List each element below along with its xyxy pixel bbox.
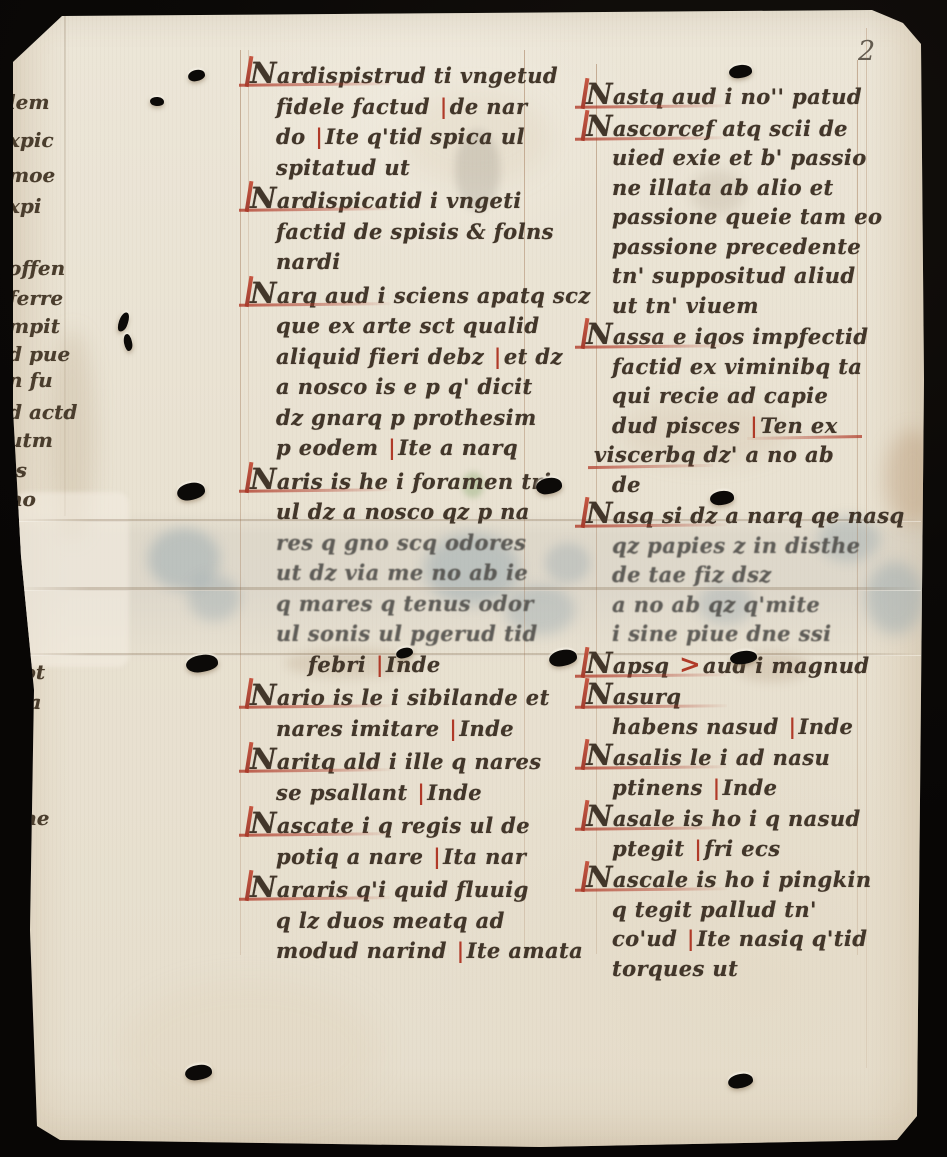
entry-text-line: de (612, 470, 886, 500)
entry-text-line: aliquid fieri debz |et dz (276, 342, 550, 373)
margin-text-fragment: a (8, 780, 21, 804)
entry-text-line: viscerbq dz' a no ab (594, 440, 886, 470)
rubric-mark: | (457, 938, 465, 963)
entry-text-line: uied exie et b' passio (612, 143, 886, 173)
parchment-hole (184, 1064, 212, 1082)
entry-text-line: i sine piue dne ssi (612, 619, 886, 649)
entry-text-line: modud narind |Ite amata (276, 936, 550, 967)
parchment-hole (727, 1072, 754, 1089)
margin-text-fragment: ime (8, 806, 49, 830)
rubric-mark: | (694, 836, 702, 861)
entry-text-line: ptinens |Inde (612, 773, 886, 803)
entry-text-line: a no ab qz q'mite (612, 590, 886, 620)
margin-text-fragment: sta (8, 690, 41, 714)
entry-text-line: potiq a nare |Ita nar (276, 842, 550, 873)
rubric-mark: | (417, 780, 425, 805)
entry-text-line: que ex arte sct qualid (276, 311, 550, 342)
entry-lemma-line: Nastq aud i no'' patud (586, 80, 886, 112)
parchment-hole (176, 481, 206, 502)
margin-text-fragment: d pue (8, 342, 70, 366)
parchment-hole (116, 311, 131, 333)
entry-lemma-line: Nasq si dz a narq qe nasq (586, 499, 886, 531)
margin-text-fragment: utm (8, 428, 53, 452)
stain (148, 528, 220, 590)
parchment-hole (548, 648, 578, 668)
margin-text-fragment: moe (8, 163, 55, 187)
entry-text-line: ne illata ab alio et (612, 173, 886, 203)
text-column-left: Nardispistrud ti vngetudfidele factud |d… (250, 58, 550, 967)
entry-lemma-line: Nasale is ho i q nasud (586, 802, 886, 834)
rubric-mark: | (494, 344, 502, 369)
margin-text-fragment: d actd (8, 400, 77, 424)
entry-lemma-line: Naritq ald i ille q nares (250, 744, 550, 778)
margin-text-fragment: xpic (8, 128, 54, 152)
entry-text-line: passione precedente (612, 232, 886, 262)
entry-text-line: nardi (276, 247, 550, 278)
entry-text-line: q lz duos meatq ad (276, 906, 550, 937)
entry-text-line: ut dz via me no ab ie (276, 558, 550, 589)
entry-lemma-line: Nassa e iqos impfectid (586, 320, 886, 352)
margin-text-fragment: ferre (8, 286, 63, 310)
entry-text-line: res q gno scq odores (276, 528, 550, 559)
rubric-brace: > (679, 650, 701, 680)
rubric-mark: | (388, 435, 396, 460)
entry-lemma-line: Narq aud i sciens apatq scz (250, 278, 550, 312)
rubric-mark: | (750, 413, 758, 438)
entry-text-line: qz papies z in disthe (612, 531, 886, 561)
entry-lemma-line: Nascorcef atq scii de (586, 112, 886, 144)
margin-text-fragment: n fu (8, 368, 53, 392)
entry-text-line: do |Ite q'tid spica ul (276, 122, 550, 153)
entry-text-line: spitatud ut (276, 153, 550, 184)
margin-text-fragment: o (8, 904, 21, 928)
entry-text-line: de tae fiz dsz (612, 560, 886, 590)
parchment-hole (187, 69, 206, 83)
margin-text-fragment: no (8, 487, 36, 511)
entry-text-line: febri |Inde (308, 650, 550, 681)
entry-lemma-line: Nascate i q regis ul de (250, 808, 550, 842)
margin-text-fragment: offen (8, 256, 65, 280)
margin-text-fragment: os (8, 750, 33, 774)
margin-text-fragment: mpit (8, 314, 60, 338)
entry-lemma-line: Nascale is ho i pingkin (586, 863, 886, 895)
photo-backdrop: lemxpicmoexpioffenferrempitd puen fud ac… (0, 0, 947, 1157)
folio-number: 2 (858, 36, 875, 67)
entry-lemma-line: Nararis q'i quid fluuig (250, 872, 550, 906)
parchment-hole (728, 64, 752, 79)
margin-text-fragment: lem (8, 90, 49, 114)
entry-text-line: nares imitare |Inde (276, 714, 550, 745)
rubric-mark: | (449, 716, 457, 741)
ruling-line (240, 50, 241, 955)
entry-text-line: fidele factud |de nar (276, 92, 550, 123)
entry-lemma-line: Naris is he i foramen tri (250, 464, 550, 498)
entry-text-line: torques ut (612, 954, 886, 984)
entry-lemma-line: Nasurq (586, 680, 886, 712)
entry-text-line: passione queie tam eo (612, 202, 886, 232)
entry-text-line: ul dz a nosco qz p na (276, 497, 550, 528)
entry-text-line: ut tn' viuem (612, 291, 886, 321)
margin-text-fragment: g (8, 870, 22, 894)
margin-text-fragment: xpi (8, 194, 42, 218)
margin-text-fragment: is (8, 938, 27, 962)
entry-text-line: factid de spisis & folns (276, 217, 550, 248)
entry-text-line: dz gnarq p prothesim (276, 403, 550, 434)
entry-text-line: tn' suppositud aliud (612, 261, 886, 291)
entry-text-line: dud pisces |Ten ex (612, 411, 886, 441)
rubric-mark: | (440, 94, 448, 119)
entry-text-line: se psallant |Inde (276, 778, 550, 809)
entry-lemma-line: Nardispistrud ti vngetud (250, 58, 550, 92)
entry-text-line: p eodem |Ite a narq (276, 433, 550, 464)
rubric-mark: | (315, 124, 323, 149)
rubric-mark: | (433, 844, 441, 869)
text-column-right: Nastq aud i no'' patudNascorcef atq scii… (586, 80, 886, 983)
entry-lemma-line: Nardispicatid i vngeti (250, 183, 550, 217)
rubric-mark: | (788, 714, 796, 739)
entry-text-line: ptegit |fri ecs (612, 834, 886, 864)
rubric-mark: | (376, 652, 384, 677)
manuscript-page: lemxpicmoexpioffenferrempitd puen fud ac… (0, 0, 947, 1157)
entry-text-line: co'ud |Ite nasiq q'tid (612, 924, 886, 954)
entry-text-line: q tegit pallud tn' (612, 895, 886, 925)
rubric-mark: | (713, 775, 721, 800)
stain (120, 980, 380, 1120)
entry-lemma-line: Nasalis le i ad nasu (586, 741, 886, 773)
parchment-hole (150, 96, 165, 106)
entry-text-line: factid ex viminibq ta (612, 352, 886, 382)
margin-text-fragment: is (8, 458, 27, 482)
entry-text-line: a nosco is e p q' dicit (276, 372, 550, 403)
stain (188, 575, 240, 621)
entry-text-line: ul sonis ul pgerud tid (276, 619, 550, 650)
entry-text-line: habens nasud |Inde (612, 712, 886, 742)
parchment-hole (185, 653, 219, 673)
entry-text-line: q mares q tenus odor (276, 589, 550, 620)
entry-text-line: qui recie ad capie (612, 381, 886, 411)
parchment-hole (122, 333, 133, 351)
stain (545, 543, 590, 583)
entry-lemma-line: Nario is le i sibilande et (250, 680, 550, 714)
rubric-mark: | (687, 926, 695, 951)
margin-text-fragment: not (8, 660, 45, 684)
